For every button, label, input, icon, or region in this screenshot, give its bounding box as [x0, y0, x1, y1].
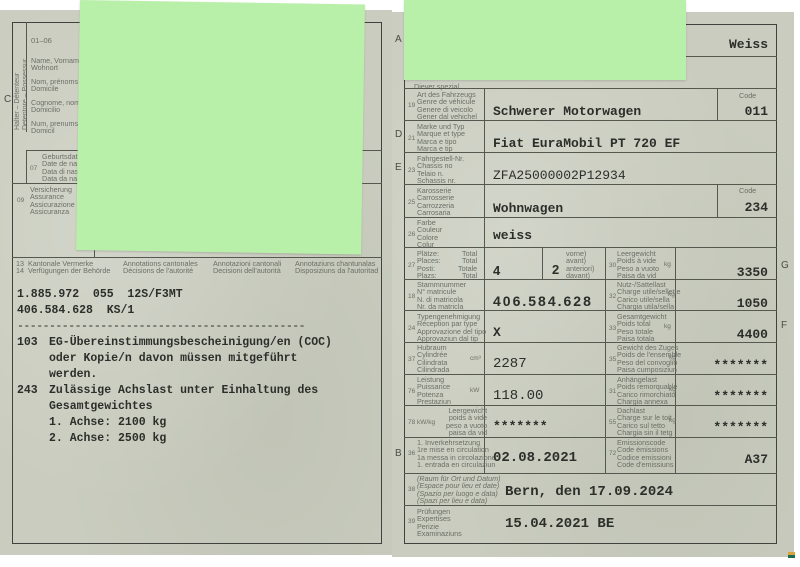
- displacement-value: 2287: [493, 356, 527, 372]
- empty-weight-number: 30: [609, 262, 616, 269]
- power-number: 76: [408, 388, 415, 395]
- empty-weight-label: LeergewichtPoids à vide Peso a vuotoPais…: [617, 250, 659, 280]
- divider: [404, 88, 777, 89]
- power-label: LeistungPuissance PotenzaPrestaziun: [417, 376, 451, 406]
- note-103-text: EG-Übereinstimmungsbescheinigung/en (COC…: [49, 335, 332, 383]
- place-date-label: (Raum für Ort und Datum)(Espace pour lie…: [417, 475, 500, 505]
- trailer-load-value: *******: [713, 389, 768, 404]
- place-date-number: 38: [408, 486, 415, 493]
- chassis-value: ZFA25000002P12934: [493, 168, 626, 183]
- annotation-line-1: 1.885.972 055 12S/F3MT: [17, 287, 183, 303]
- matricule-label: StammnummerN° matricule N. di matricolaN…: [417, 281, 466, 311]
- holder-label-de: Name, VornameWohnort: [31, 57, 83, 72]
- inspections-number: 39: [408, 518, 415, 525]
- emission-code-label: EmissionscodeCode émissions Codice emiss…: [617, 439, 674, 469]
- divider: [542, 247, 543, 279]
- emission-code-number: 72: [609, 450, 616, 457]
- authority-label-rm: Annotaziuns chantunalasDisposiziuns da l…: [295, 260, 378, 275]
- top-color-value: Weiss: [729, 37, 768, 52]
- vehicle-type-code-label: Code: [739, 92, 756, 99]
- matricule-number: 18: [408, 293, 415, 300]
- side-letter-d: D: [395, 129, 402, 140]
- empty-weight-value: 3350: [737, 265, 768, 280]
- divider: [605, 437, 606, 473]
- body-value: Wohnwagen: [493, 201, 563, 216]
- place-date-value: Bern, den 17.09.2024: [505, 484, 673, 500]
- total-weight-number: 33: [609, 325, 616, 332]
- side-letter-f: F: [781, 320, 787, 331]
- kw-ratio-label: Leergewichtpoids à vide peso a vuotopais…: [446, 407, 487, 437]
- train-weight-unit: kg: [669, 354, 676, 361]
- make-model-value: Fiat EuraMobil PT 720 EF: [493, 136, 680, 151]
- make-model-number: 21: [408, 135, 415, 142]
- mid-divider: [605, 247, 606, 442]
- trailer-load-unit: kg: [669, 386, 676, 393]
- type-approval-label: TypengenehmigungRéception par type Appro…: [417, 313, 486, 343]
- authority-label-it: Annotazioni cantonaliDecisioni dell'auto…: [213, 260, 281, 275]
- holder-label-it: Cognome, nomiDomicilio: [31, 99, 82, 114]
- divider: [404, 342, 777, 343]
- total-weight-unit: kg: [664, 323, 671, 330]
- seats-label: Plätze:Places: Posti:Plazs:: [417, 250, 441, 280]
- body-code: 234: [745, 200, 768, 215]
- flag-marker: [788, 552, 795, 558]
- holder-vertical-label: Halter – Détenteur Detentore – Possessur: [14, 59, 29, 130]
- seats-front-value: 2: [552, 262, 559, 277]
- sticky-note-right: [404, 0, 686, 80]
- note-243-code: 243: [17, 383, 38, 399]
- chassis-number-label-number: 23: [408, 167, 415, 174]
- first-registration-value: 02.08.2021: [493, 450, 577, 466]
- divider: [717, 184, 718, 217]
- vehicle-type-value: Schwerer Motorwagen: [493, 104, 641, 119]
- payload-value: 1050: [737, 296, 768, 311]
- note-103-code: 103: [17, 335, 38, 351]
- payload-number: 32: [609, 293, 616, 300]
- body-number: 25: [408, 199, 415, 206]
- emission-code-value: A37: [745, 452, 768, 467]
- color-number: 26: [408, 231, 415, 238]
- type-approval-value: X: [493, 325, 501, 340]
- roof-load-label: DachlastCharge sur le toit Carico sul te…: [617, 407, 673, 437]
- color-value: weiss: [493, 228, 532, 243]
- train-weight-number: 35: [609, 356, 616, 363]
- note-243-text: Zulässige Achslast unter Einhaltung des …: [49, 383, 318, 447]
- holder-field-number: 01–06: [31, 37, 52, 44]
- roof-load-unit: kg: [669, 417, 676, 424]
- seats-total-value: 4: [493, 263, 500, 278]
- side-letter-b: B: [395, 448, 402, 459]
- divider: [404, 217, 777, 218]
- vehicle-type-label: Art des FahrzeugsGenre de véhicule Gener…: [417, 91, 477, 121]
- divider: [404, 120, 777, 121]
- divider: [404, 247, 777, 248]
- side-letter-e: E: [395, 162, 402, 173]
- seats-total-label: TotalTotal TotaleTotal: [458, 250, 477, 280]
- kw-ratio-value: *******: [493, 419, 548, 434]
- roof-load-value: *******: [713, 420, 768, 435]
- body-label: KarosserieCarrosserie CarrozzeriaCarrosa…: [417, 187, 454, 217]
- side-letter-a: A: [395, 34, 402, 45]
- insurance-number: 09: [17, 197, 24, 204]
- side-letter-g: G: [781, 260, 789, 271]
- make-model-label: Marke und TypMarque et type Marca e tipo…: [417, 123, 465, 153]
- total-weight-value: 4400: [737, 327, 768, 342]
- matricule-value: 406.584.628: [493, 293, 593, 309]
- body-code-label: Code: [739, 187, 756, 194]
- inspections-value: 15.04.2021 BE: [505, 516, 614, 532]
- vehicle-type-number: 19: [408, 102, 415, 109]
- divider: [404, 374, 777, 375]
- vehicle-type-code: 011: [745, 104, 768, 119]
- divider: [404, 505, 777, 506]
- authority-numbers: 1314: [16, 260, 24, 275]
- side-letter-c: C: [4, 94, 11, 105]
- color-label: FarbeCouleur ColoreColur: [417, 219, 442, 249]
- trailer-load-number: 31: [609, 388, 616, 395]
- total-weight-label: GesamtgewichtPoids total Peso totalePais…: [617, 313, 667, 343]
- holder-label-rm: Num, prenumsDomicil: [31, 120, 78, 135]
- type-approval-number: 24: [408, 325, 415, 332]
- roof-load-number: 55: [609, 419, 616, 426]
- holder-label-fr: Nom, prénomsDomicile: [31, 78, 78, 93]
- divider: [12, 257, 382, 258]
- inspections-label: PrüfungenExpertises PerizieExaminaziuns: [417, 508, 462, 538]
- authority-label-de: Kantonale VermerkeVerfügungen der Behörd…: [28, 260, 110, 275]
- seats-front-label: vorne)avant) anteriori)davant): [566, 250, 594, 280]
- power-value: 118.00: [493, 388, 543, 404]
- empty-weight-unit: kg: [664, 261, 671, 268]
- displacement-label: HubraumCylindrée CilindrataCilindrada: [417, 344, 449, 374]
- right-page: A D E B G F Weiss Diever spezial 19 Art …: [392, 12, 794, 557]
- payload-unit: kg: [668, 291, 675, 298]
- divider: [404, 310, 777, 311]
- annotation-separator: ----------------------------------------…: [17, 319, 305, 335]
- sticky-note-left: [76, 0, 365, 254]
- authority-label-fr: Annotations cantonalesDécisions de l'aut…: [123, 260, 198, 275]
- insurance-label: VersicherungAssurance AssicurazioneAssic…: [30, 186, 75, 216]
- annotation-line-2: 406.584.628 KS/1: [17, 303, 134, 319]
- first-registration-number: 36: [408, 450, 415, 457]
- power-unit: kW: [470, 387, 479, 394]
- first-registration-label: 1. Inverkehrsetzung1re mise en circulati…: [417, 439, 496, 469]
- train-weight-value: *******: [713, 358, 768, 373]
- kw-ratio-number: 78 kW/kg: [408, 419, 435, 426]
- divider: [717, 88, 718, 120]
- divider: [26, 150, 27, 183]
- birthdate-number: 07: [30, 165, 37, 172]
- divider: [404, 152, 777, 153]
- displacement-number: 37: [408, 356, 415, 363]
- displacement-unit: cm³: [470, 355, 481, 362]
- seats-number: 27: [408, 262, 415, 269]
- divider: [404, 184, 777, 185]
- chassis-label: Fahrgestell-Nr.Chassis no Telaio n.Schas…: [417, 155, 464, 185]
